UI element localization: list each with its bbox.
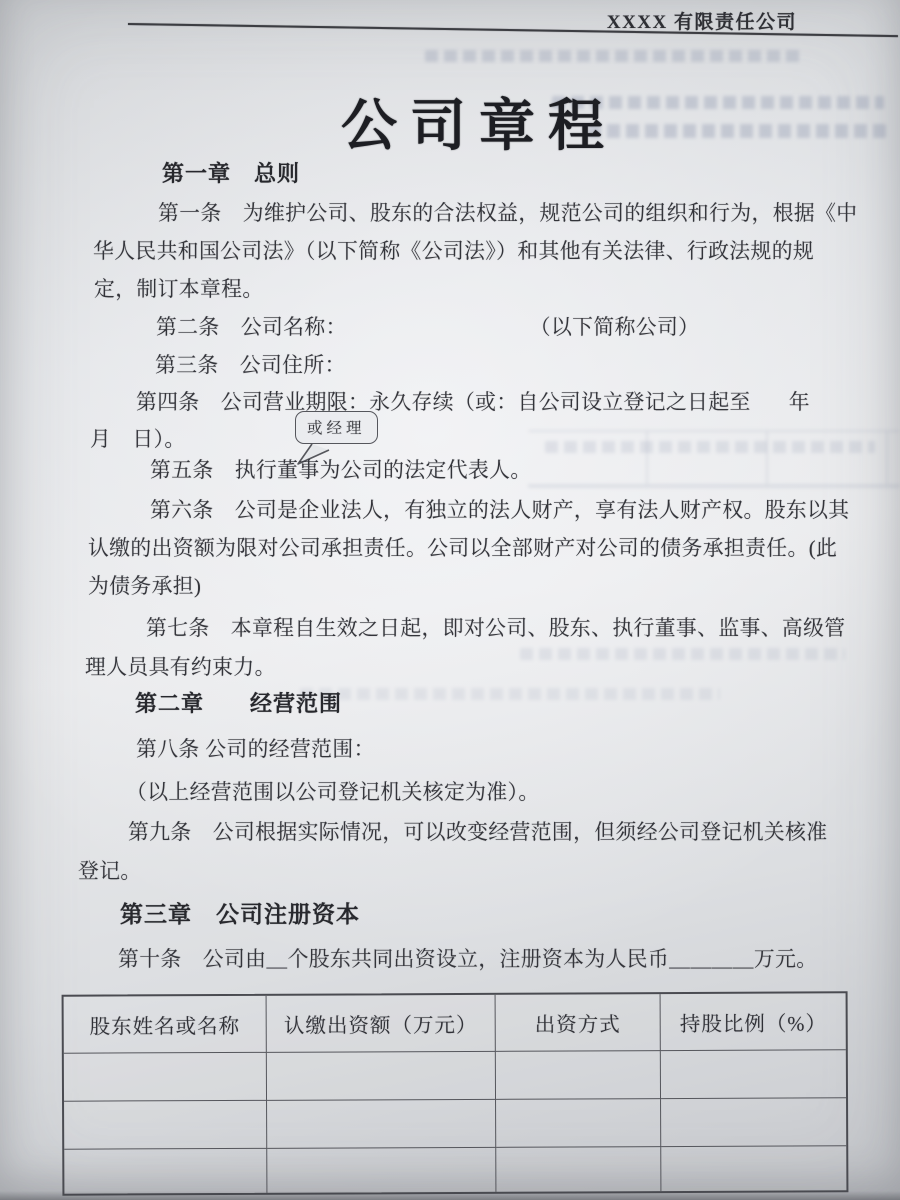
- table-header-shareholding-ratio: 持股比例（%）: [661, 993, 846, 1051]
- article-2-suffix: （以下简称公司）: [530, 316, 700, 339]
- article-9-line-2: 登记。: [78, 854, 142, 884]
- table-empty-cell: [661, 1050, 846, 1099]
- article-6-line-1: 第六条 公司是企业法人，有独立的法人财产，享有法人财产权。股东以其: [150, 493, 850, 523]
- article-6-line-3: 为债务承担): [88, 569, 201, 599]
- table-empty-cell: [495, 1051, 661, 1100]
- chapter-3-heading: 第三章 公司注册资本: [120, 896, 360, 929]
- table-header-contribution-method: 出资方式: [495, 994, 661, 1052]
- table-header-shareholder-name: 股东姓名或名称: [64, 996, 268, 1054]
- table-empty-cell: [64, 1149, 268, 1194]
- photo-bottom-shadow: [0, 1191, 900, 1200]
- article-8-line: 第八条 公司的经营范围：: [136, 732, 375, 762]
- article-4-line-2: 月 日）。: [90, 422, 186, 452]
- bleedthrough-text-line: [425, 50, 800, 62]
- document-photo: XXXX 有限责任公司 公司章程 第一章 总则 第一条 为维护公司、股东的合法权…: [0, 0, 900, 1200]
- table-empty-cell: [496, 1147, 662, 1192]
- table-empty-cell: [267, 1100, 496, 1149]
- chapter-1-heading: 第一章 总则: [162, 157, 300, 188]
- business-scope-note: （以上经营范围以公司登记机关核定为准）。: [126, 775, 540, 805]
- article-1-line-2: 华人民共和国公司法》（以下简称《公司法》）和其他有关法律、行政法规的规: [93, 234, 814, 264]
- document-title: 公司章程: [0, 82, 900, 162]
- article-1-line-1: 第一条 为维护公司、股东的合法权益，规范公司的组织和行为，根据《中: [158, 196, 858, 226]
- article-4-line-1: 第四条 公司营业期限：永久存续（或：自公司设立登记之日起至年: [136, 385, 810, 415]
- table-header-subscribed-capital: 认缴出资额（万元）: [267, 995, 496, 1053]
- table-empty-cell: [496, 1099, 662, 1148]
- chapter-2-heading: 第二章 经营范围: [135, 687, 342, 718]
- article-2-line: 第二条 公司名称：（以下简称公司）: [156, 310, 699, 340]
- article-3-line: 第三条 公司住所：: [155, 348, 346, 378]
- article-1-line-3: 定，制订本章程。: [94, 272, 264, 302]
- article-4-year-label: 年: [789, 391, 810, 414]
- table-empty-cell: [64, 1101, 268, 1150]
- article-7-line-1: 第七条 本章程自生效之日起，即对公司、股东、执行董事、监事、高级管: [146, 611, 846, 641]
- bleedthrough-table: [528, 430, 900, 488]
- bleedthrough-text-line: [520, 648, 845, 660]
- header-company-name: XXXX 有限责任公司: [607, 7, 797, 34]
- article-7-line-2: 理人员具有约束力。: [85, 650, 276, 680]
- article-6-line-2: 认缴的出资额为限对公司承担责任。公司以全部财产对公司的债务承担责任。(此: [88, 531, 837, 561]
- table-empty-cell: [267, 1052, 496, 1101]
- table-empty-cell: [662, 1146, 847, 1191]
- article-5-line: 第五条 执行董事为公司的法定代表人。: [150, 453, 532, 483]
- bleedthrough-text-line: [545, 441, 875, 453]
- annotation-bubble: 或经理: [295, 411, 378, 444]
- article-4-text: 第四条 公司营业期限：永久存续（或：自公司设立登记之日起至: [136, 391, 751, 414]
- table-empty-cell: [64, 1053, 268, 1102]
- article-2-label: 第二条 公司名称：: [156, 316, 347, 339]
- table-empty-cell: [268, 1148, 497, 1193]
- article-9-line-1: 第九条 公司根据实际情况，可以改变经营范围，但须经公司登记机关核准: [128, 815, 828, 845]
- bleedthrough-text-line: [300, 688, 720, 700]
- article-10-line: 第十条 公司由＿个股东共同出资设立，注册资本为人民币＿＿＿＿万元。: [118, 942, 818, 972]
- table-empty-cell: [661, 1098, 846, 1147]
- shareholders-table: 股东姓名或名称 认缴出资额（万元） 出资方式 持股比例（%）: [62, 991, 849, 1195]
